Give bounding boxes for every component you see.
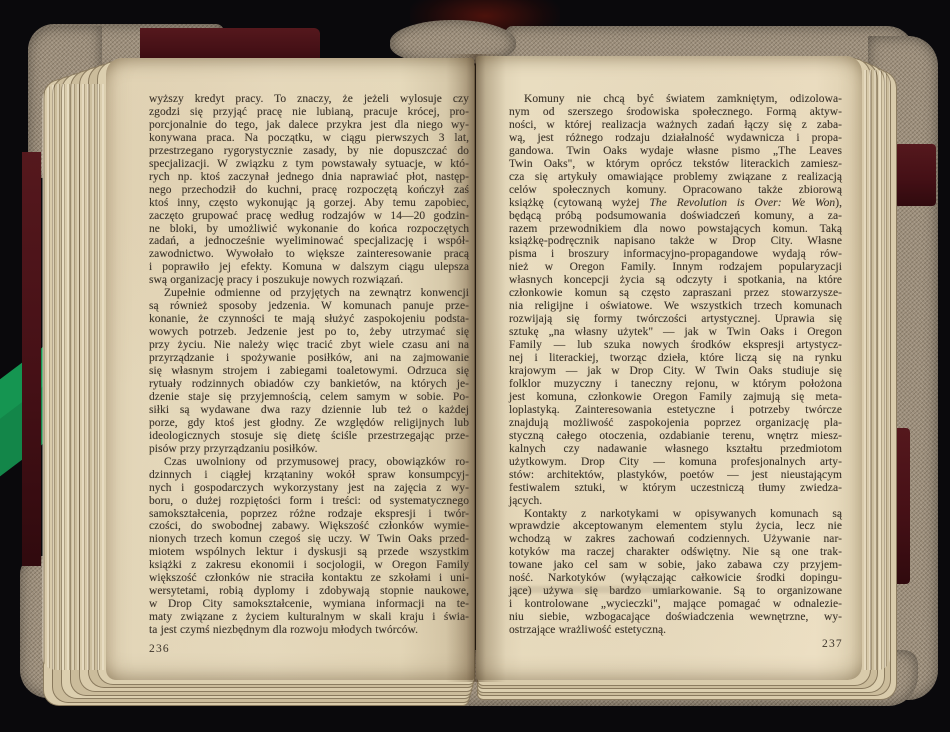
text-line: ta jest czymś niezbędnym dla rozwoju mło… <box>149 624 469 637</box>
left-page-text: wyższy kredyt pracy. To znaczy, że jeżel… <box>149 93 469 637</box>
text-line: dzinnych i ciągłej krzątaniny wokół spra… <box>149 469 469 482</box>
text-line: ności, w której realizacja ważnych zadań… <box>509 119 842 132</box>
text-line: Family — lub szuka nowych środków ekspre… <box>509 339 842 352</box>
text-line: książki z zakresu ekonomii i socjologii,… <box>149 559 469 572</box>
text-line: ideologicznych stosuje się dietę ściśle … <box>149 430 469 443</box>
paragraph: Czas uwolniony od przymusowej pracy, obo… <box>149 456 469 637</box>
text-line: styczną całego otoczenia, ozdabianie ter… <box>509 430 842 443</box>
paragraph: Kontakty z narkotykami w opisywanych kom… <box>509 508 842 638</box>
text-line: kalnych czy nadawanie własnego kształtu … <box>509 443 842 456</box>
text-line: swą organizację pracy i poszukuje nowych… <box>149 274 469 287</box>
paragraph: Komuny nie chcą być światem zamkniętym, … <box>509 93 842 508</box>
text-line: znajdują możliwość zaspokojenia poprzez … <box>509 417 842 430</box>
text-line: porcjonalnie do tego, jak dalece przykra… <box>149 119 469 132</box>
text-line: zaczęto grupować pracę według rodzajów w… <box>149 210 469 223</box>
text-line: przy życiu. Nie należy więc tracić zbyt … <box>149 339 469 352</box>
text-line: rytuały rodzinnych obiadów czy bankietów… <box>149 378 469 391</box>
text-line: w Drop City samokształcenie, wymiana inf… <box>149 598 469 611</box>
text-line: nież w Oregon Family. Innym rodzajem pop… <box>509 261 842 274</box>
text-line: wersytetami, robią dyplomy i zdobywają s… <box>149 585 469 598</box>
page-edge-texture-left <box>42 84 104 670</box>
text-line: Twin Oaks", w którym oprócz tekstów lite… <box>509 158 842 171</box>
text-line: nym od szerszego środowiska społecznego.… <box>509 106 842 119</box>
text-line: wyższy kredyt pracy. To znaczy, że jeżel… <box>149 93 469 106</box>
text-line: dzenie staje się przyjemnością, celem sa… <box>149 391 469 404</box>
text-line: nej i literackiej, tworząc dzieła, które… <box>509 352 842 365</box>
text-line: wowych potrzeb. Jedzenie jest po to, żeb… <box>149 326 469 339</box>
text-line: nego przechodził do kuchni, pracę rozpoc… <box>149 184 469 197</box>
maroon-board-left <box>22 152 41 566</box>
text-line: samokształcenia, poprzez różne rodzaje e… <box>149 508 469 521</box>
text-line: Kontakty z narkotykami w opisywanych kom… <box>509 508 842 521</box>
text-line: zgodzi się przyjąć pracę nie lubianą, pr… <box>149 106 469 119</box>
paragraph: Zupełnie odmienne od przyjętych na zewną… <box>149 287 469 455</box>
text-line: gandowa. Twin Oaks wydaje własne pismo „… <box>509 145 842 158</box>
text-line: Komuny nie chcą być światem zamkniętym, … <box>509 93 842 106</box>
text-line: towane jako cel sam w sobie, jako zabawa… <box>509 559 842 572</box>
paragraph: wyższy kredyt pracy. To znaczy, że jeżel… <box>149 93 469 287</box>
text-line: zadań, a jednocześnie wyeliminować specj… <box>149 235 469 248</box>
text-line: pisma i broszury informacyjno-propagando… <box>509 248 842 261</box>
page-edge-texture-right <box>864 70 890 670</box>
text-line: książkę (cytowaną wyżej The Revolution i… <box>509 197 842 210</box>
text-line: ktoś inny, często wykonując ją gorzej. A… <box>149 197 469 210</box>
text-line: zawodnictwo. Wywołało to większe zainter… <box>149 248 469 261</box>
right-page-text: Komuny nie chcą być światem zamkniętym, … <box>509 93 842 637</box>
text-line: i kontrolowane „wycieczki", mające pomag… <box>509 598 842 611</box>
text-line: nych i gospodarczych wykorzystany jest n… <box>149 482 469 495</box>
text-line: sztukę „na własny użytek" — jak w Twin O… <box>509 326 842 339</box>
text-line: własnych koncepcji życia są odczyty i sp… <box>509 274 842 287</box>
text-line: ne bloki, by umożliwić wykonanie do końc… <box>149 223 469 236</box>
text-line: rozwijają się formy twórczości artystycz… <box>509 313 842 326</box>
text-line: specjalizacji. W związku z tym powstawał… <box>149 158 469 171</box>
text-line: maty związane z życiem kulturalnym w ska… <box>149 611 469 624</box>
text-line: książkę-podręcznik napisano także w Drop… <box>509 235 842 248</box>
text-line: boru, o dużej rozpiętości form i treści:… <box>149 495 469 508</box>
text-line: stów: architektów, plastyków, poetów — j… <box>509 469 842 482</box>
maroon-board-right-top <box>894 144 936 206</box>
text-line: ostrzające wrażliwość estetyczną. <box>509 624 842 637</box>
text-line: pisów przy przyrządzaniu posiłków. <box>149 443 469 456</box>
text-line: krajowym — jak w Drop City. W Twin Oaks … <box>509 365 842 378</box>
text-line: wą, jest różnego rodzaju działalność wyd… <box>509 132 842 145</box>
text-line: nionych trzech komun czegoś się uczy. W … <box>149 533 469 546</box>
text-line: i poprawiło jej efekty. Komuna w dalszym… <box>149 261 469 274</box>
text-line: czości, do swobodnej zabawy. Większość c… <box>149 520 469 533</box>
text-line: konywana praca. Na początku, w ciągu pie… <box>149 132 469 145</box>
text-line: loplastyką. Zainteresowania estetyczne i… <box>509 404 842 417</box>
text-line: miotem wspólnych lektur i dyskusji są pr… <box>149 546 469 559</box>
text-line: siłki są wydawane dwa razy dziennie lub … <box>149 404 469 417</box>
text-line: użytkowym. Drop City — komuna profesjona… <box>509 456 842 469</box>
text-line: kotyków ma raczej charakter odświętny. N… <box>509 546 842 559</box>
right-page-number: 237 <box>822 638 843 650</box>
text-line: przyrządzanie i spożywanie posiłków, ani… <box>149 352 469 365</box>
text-line: Zupełnie odmienne od przyjętych na zewną… <box>149 287 469 300</box>
text-line: członkowie komun są często zapraszani pr… <box>509 287 842 300</box>
show-through-text-smudge <box>512 586 672 593</box>
left-page-number: 236 <box>149 643 170 655</box>
text-line: wprawdzie akceptowanym elementem stylu ż… <box>509 520 842 533</box>
text-line: festiwalem sztuki, w którym uczestniczą … <box>509 482 842 495</box>
text-line: jest komuna, członkowie Oregon Family za… <box>509 391 842 404</box>
text-line: są również sposoby jedzenia. W komunach … <box>149 300 469 313</box>
text-line: niu siebie, wzbogacające doświadczenia w… <box>509 611 842 624</box>
text-line: konanie, że czynności te mają służyć zas… <box>149 313 469 326</box>
book-photo: wyższy kredyt pracy. To znaczy, że jeżel… <box>0 0 950 732</box>
text-line: przestrzegano rygorystycznie zasady, by … <box>149 145 469 158</box>
text-line: ność. Narkotyków (wyłączając całkowicie … <box>509 572 842 585</box>
text-line: porze, gdy ktoś jest głodny. Ze względów… <box>149 417 469 430</box>
text-line: rych np. ktoś zaczynał jednego dnia napr… <box>149 171 469 184</box>
text-line: wchodzą w zakres zachowań codziennych. U… <box>509 533 842 546</box>
text-line: nia religijne i oświatowe. We wszystkich… <box>509 300 842 313</box>
text-line: razem przewodnikiem dla nowo powstającyc… <box>509 223 842 236</box>
text-line: się własnym strojem i zabiegami toaletow… <box>149 365 469 378</box>
text-line: Czas uwolniony od przymusowej pracy, obo… <box>149 456 469 469</box>
text-line: celów społecznych komuny. Opracowano tak… <box>509 184 842 197</box>
text-line: folklor muzyczny i taneczny rejonu, w kt… <box>509 378 842 391</box>
text-line: będącą próbą podsumowania doświadczeń ko… <box>509 210 842 223</box>
text-line: cza się artykuły omawiające problemy zwi… <box>509 171 842 184</box>
text-line: większość członków nie straciła kontaktu… <box>149 572 469 585</box>
text-line: jących. <box>509 495 842 508</box>
